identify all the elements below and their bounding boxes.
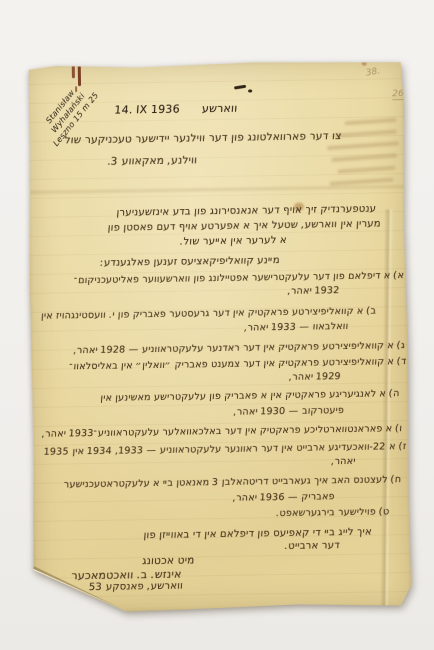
list-item-line: 1929 יאהר,	[288, 371, 342, 383]
letter-paper: 38. 26 Stanisław Wyhałański Leszno 15 m …	[26, 59, 413, 613]
list-item-line: א) א דיפלאם פון דער עלעקטרישער אפטיילונג…	[73, 270, 404, 286]
vertical-crease	[380, 209, 393, 607]
ink-dot-mark	[248, 89, 252, 92]
closing-line: דער ארבייט.	[284, 540, 340, 552]
ink-stain-streak	[72, 64, 75, 78]
list-item-line: ח) לעצטנס האב איך געארבייט דריטהאלבן 3 מ…	[62, 474, 401, 490]
horizontal-crease	[28, 185, 406, 194]
date-place: ווארשע	[201, 102, 238, 116]
brown-spot-stain	[362, 62, 367, 66]
date-line: 14. IX 1936 ווארשע	[114, 102, 238, 117]
signature-line: מיט אכטונג	[141, 554, 195, 567]
list-item-line: ט) פוילישער בירגערשאפט.	[275, 506, 389, 519]
body-line: מערין אין ווארשע, שטעל איך א אפערטע אויף…	[107, 218, 381, 233]
ink-dash-mark	[234, 85, 246, 89]
heading-line: צו דער פארוואלטונג פון דער ווילנער יידיש…	[63, 130, 342, 146]
photo-background: 38. 26 Stanisław Wyhałański Leszno 15 m …	[0, 0, 434, 650]
list-item-line: ה) א לאנגיעריגע פראקטיק אין א פאבריק פון…	[99, 388, 399, 404]
list-item-line: וואלבאוו — 1933 יאהר,	[243, 321, 348, 334]
list-item-line: ו) א פאראנטווארטליכע פראקטיק אין דער באל…	[41, 423, 402, 440]
body-line: מײנע קוואליפיקאציעס זענען פאלגענדע:	[99, 255, 280, 269]
list-item-line: פיעטרקוב — 1930 יאהר,	[232, 405, 344, 418]
list-item-line: פאבריק — 1936 יאהר,	[232, 491, 335, 504]
list-item-line: 1932 יאהר,	[286, 285, 340, 297]
list-item-line: ג) א קוואליפיצירטע פראקטיק אין דער ראדנע…	[72, 340, 405, 356]
body-line: ענטפערנדיק זיך אויף דער אנאנסירונג פון ב…	[116, 204, 377, 219]
closing-line: איך לייג בײ די קאפיעס פון דיפלאם אין די …	[142, 527, 372, 542]
bleed-through-line	[335, 130, 397, 138]
pencil-mark: 26	[392, 89, 404, 100]
bleed-through-line	[345, 118, 397, 126]
date-value: 14. IX 1936	[114, 103, 181, 117]
body-line: א לערער אין אײער שול.	[179, 235, 287, 248]
bleed-through-line	[327, 141, 399, 150]
heading-line: ווילנע, מאקאווע 3.	[107, 154, 198, 167]
bleed-through-line	[337, 166, 395, 174]
bleed-through-line	[331, 153, 397, 161]
list-item-line: יאהר,	[330, 456, 355, 467]
signature-line: ווארשע, פאנסקע 53	[88, 581, 183, 593]
list-item-line: ב) א קוואליפיצירטע פראקטיק אין דער גרעסט…	[40, 306, 376, 322]
paper-wrapper: 38. 26 Stanisław Wyhałański Leszno 15 m …	[26, 59, 413, 613]
pencil-mark: 38.	[365, 66, 381, 78]
list-item-line: ד) א קוואליפיצירטע פראקטיק אין דער צמענט…	[69, 356, 407, 372]
